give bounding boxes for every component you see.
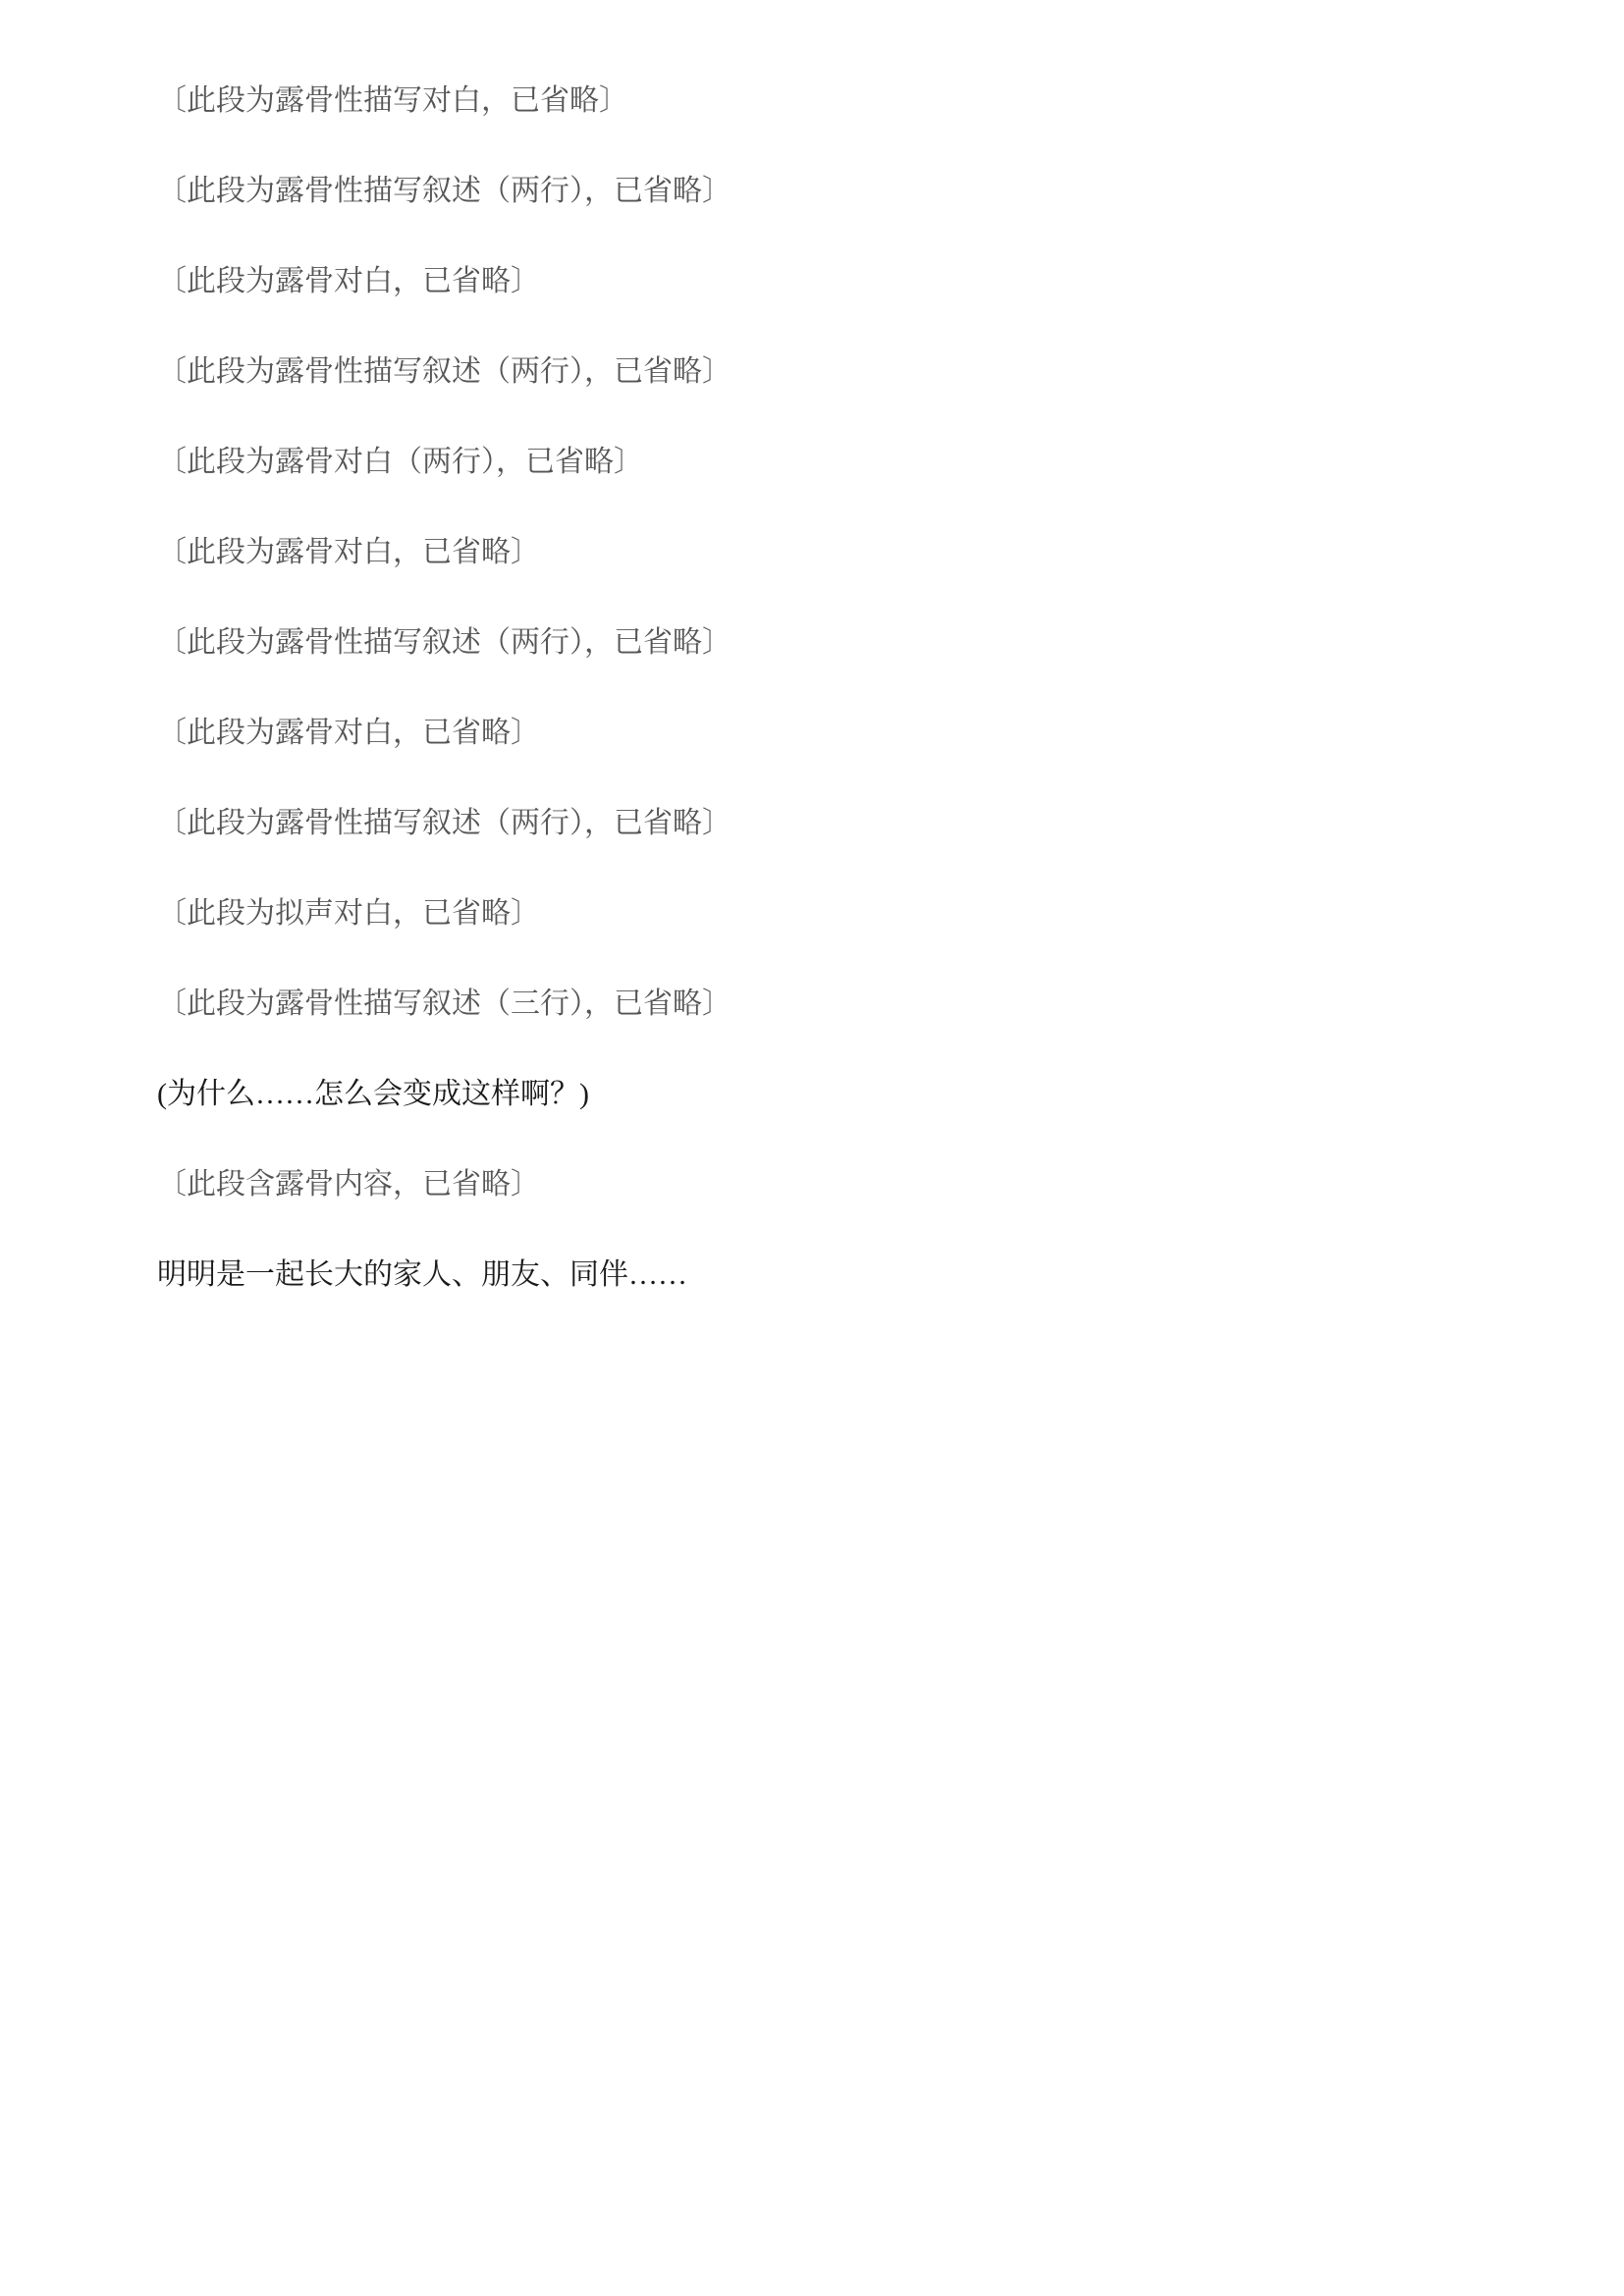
paragraph: 〔此段为露骨性描写对白，已省略〕 <box>98 69 1526 133</box>
paragraph: 〔此段为露骨对白，已省略〕 <box>98 701 1526 766</box>
paragraph: 〔此段为拟声对白，已省略〕 <box>98 881 1526 946</box>
paragraph: 〔此段为露骨对白，已省略〕 <box>98 520 1526 585</box>
paragraph: 〔此段为露骨对白（两行），已省略〕 <box>98 430 1526 495</box>
paragraph: 〔此段为露骨性描写叙述（两行），已省略〕 <box>98 340 1526 404</box>
paragraph: 明明是一起长大的家人、朋友、同伴…… <box>98 1243 1526 1308</box>
paragraph: 〔此段为露骨性描写叙述（两行），已省略〕 <box>98 611 1526 675</box>
paragraph: 〔此段为露骨性描写叙述（两行），已省略〕 <box>98 791 1526 856</box>
paragraph: 〔此段含露骨内容，已省略〕 <box>98 1152 1526 1217</box>
paragraph: 〔此段为露骨性描写叙述（三行），已省略〕 <box>98 972 1526 1037</box>
paragraph: 〔此段为露骨对白，已省略〕 <box>98 249 1526 314</box>
paragraph: 〔此段为露骨性描写叙述（两行），已省略〕 <box>98 159 1526 224</box>
paragraph: (为什么……怎么会变成这样啊？) <box>98 1062 1526 1127</box>
document-page: 〔此段为露骨性描写对白，已省略〕 〔此段为露骨性描写叙述（两行），已省略〕 〔此… <box>0 0 1624 2296</box>
document-text-body: 〔此段为露骨性描写对白，已省略〕 〔此段为露骨性描写叙述（两行），已省略〕 〔此… <box>98 69 1526 1308</box>
